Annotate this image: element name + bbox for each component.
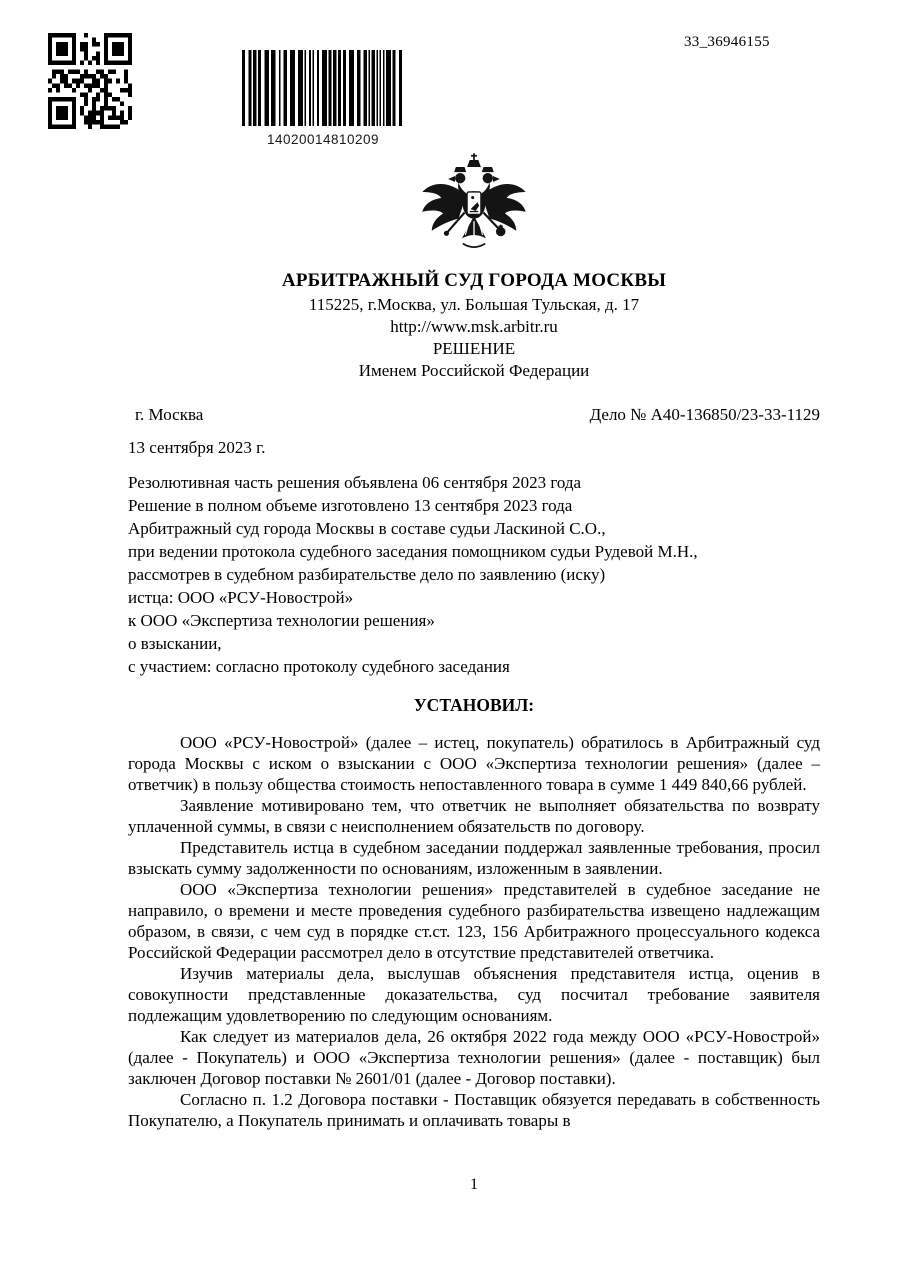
body-paragraph: Согласно п. 1.2 Договора поставки - Пост…	[128, 1089, 820, 1131]
document-content: АРБИТРАЖНЫЙ СУД ГОРОДА МОСКВЫ 115225, г.…	[128, 152, 820, 1131]
case-intro: Резолютивная часть решения объявлена 06 …	[128, 471, 820, 678]
russia-coat-of-arms-icon	[418, 152, 530, 256]
intro-line: о взыскании,	[128, 632, 820, 655]
body-paragraph: Изучив материалы дела, выслушав объяснен…	[128, 963, 820, 1026]
decision-date: 13 сентября 2023 г.	[128, 437, 820, 459]
case-header: г. Москва Дело № А40-136850/23-33-1129	[128, 404, 820, 426]
intro-line: рассмотрев в судебном разбирательстве де…	[128, 563, 820, 586]
body-paragraph: ООО «Экспертиза технологии решения» пред…	[128, 879, 820, 963]
intro-line: Резолютивная часть решения объявлена 06 …	[128, 471, 820, 494]
intro-line: Решение в полном объеме изготовлено 13 с…	[128, 494, 820, 517]
intro-line: к ООО «Экспертиза технологии решения»	[128, 609, 820, 632]
doc-type-heading: РЕШЕНИЕ	[128, 338, 820, 360]
document-id: 33_36946155	[684, 34, 770, 51]
page-number: 1	[128, 1176, 820, 1194]
barcode: 14020014810209	[242, 50, 404, 147]
intro-line: с участием: согласно протоколу судебного…	[128, 655, 820, 678]
doc-subtitle: Именем Российской Федерации	[128, 360, 820, 382]
intro-line: при ведении протокола судебного заседани…	[128, 540, 820, 563]
barcode-icon	[242, 50, 404, 126]
body-paragraph: Как следует из материалов дела, 26 октяб…	[128, 1026, 820, 1089]
intro-line: истца: ООО «РСУ-Новострой»	[128, 586, 820, 609]
court-decision-page: 14020014810209 33_36946155	[0, 0, 904, 1265]
body-paragraph: ООО «РСУ-Новострой» (далее – истец, поку…	[128, 732, 820, 795]
court-name: АРБИТРАЖНЫЙ СУД ГОРОДА МОСКВЫ	[128, 268, 820, 294]
court-website: http://www.msk.arbitr.ru	[128, 316, 820, 338]
body-paragraph: Представитель истца в судебном заседании…	[128, 837, 820, 879]
body-paragraph: Заявление мотивировано тем, что ответчик…	[128, 795, 820, 837]
qr-code-icon	[48, 33, 132, 129]
case-city: г. Москва	[128, 404, 203, 426]
barcode-number: 14020014810209	[242, 132, 404, 147]
court-address: 115225, г.Москва, ул. Большая Тульская, …	[128, 294, 820, 316]
ruling-heading: УСТАНОВИЛ:	[128, 694, 820, 716]
intro-line: Арбитражный суд города Москвы в составе …	[128, 517, 820, 540]
case-number: Дело № А40-136850/23-33-1129	[590, 404, 820, 426]
